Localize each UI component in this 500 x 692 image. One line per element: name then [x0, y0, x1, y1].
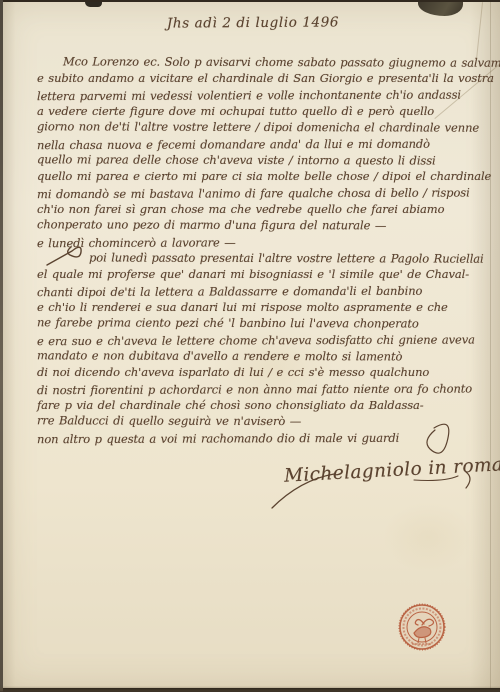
manuscript-line: lettera parvemi mi vedessi volentieri e … [37, 86, 495, 104]
archive-seal [398, 603, 446, 651]
manuscript-line: ch'io non farei sì gran chose ma che ved… [37, 201, 495, 217]
manuscript-line: e subito andamo a vicitare el chardinale… [37, 70, 495, 86]
manuscript-line: quello mi parea e cierto mi pare ci sia … [37, 168, 495, 184]
manuscript-line: giorno non de'ti l'altre vostre lettere … [37, 119, 495, 137]
manuscript-line: chanti dipoi de'ti la lettera a Baldassa… [37, 282, 495, 300]
page-edge [0, 0, 500, 2]
parchment-page: Jhs adì 2 di luglio 1496 Mco Lorenzo ec.… [3, 2, 500, 688]
manuscript-line: Mco Lorenzo ec. Solo p avisarvi chome sa… [37, 53, 495, 71]
manuscript-line: chonperato uno pezo di marmo d'una figur… [37, 217, 495, 235]
manuscript-line: e era suo e ch'aveva le lettere chome ch… [37, 331, 495, 349]
bird-seal-icon [399, 604, 445, 650]
manuscript-line: e lunedì chomincerò a lavorare — [37, 233, 495, 251]
manuscript-line: e ch'io li renderei e sua danari lui mi … [37, 299, 495, 315]
torn-edge-patch [85, 2, 102, 7]
manuscript-line: fare p via del chardinale ché chosì sono… [37, 397, 495, 413]
manuscript-line: di noi dicendo ch'aveva isparlato di lui… [37, 364, 495, 380]
manuscript-line: nella chasa nuova e fecemi domandare and… [37, 135, 495, 153]
page-edge [490, 2, 491, 688]
manuscript-photo: Jhs adì 2 di luglio 1496 Mco Lorenzo ec.… [0, 0, 500, 692]
page-edge [0, 686, 500, 692]
manuscript-line: di nostri fiorentini p achordarci e non … [37, 380, 495, 398]
letter-paragraph-1: Mco Lorenzo ec. Solo p avisarvi chome sa… [37, 54, 495, 250]
manuscript-line: poi lunedì passato presentai l'altre vos… [37, 249, 495, 267]
manuscript-line: a vedere cierte figure dove mi ochupai t… [37, 103, 495, 119]
manuscript-line: ne farebe prima ciento pezi ché 'l banbi… [37, 315, 495, 333]
manuscript-line: mi domandò se mi bastava l'animo di fare… [37, 184, 495, 202]
date-line: Jhs adì 2 di luglio 1496 [3, 13, 500, 32]
manuscript-line: el quale mi proferse que' danari mi biso… [37, 266, 495, 282]
manuscript-line: quello mi parea delle chose ch'aveva vis… [37, 151, 495, 169]
page-edge [0, 0, 3, 692]
fold-crease [476, 2, 483, 60]
manuscript-line: mandato e non dubitava d'avello a render… [37, 347, 495, 365]
